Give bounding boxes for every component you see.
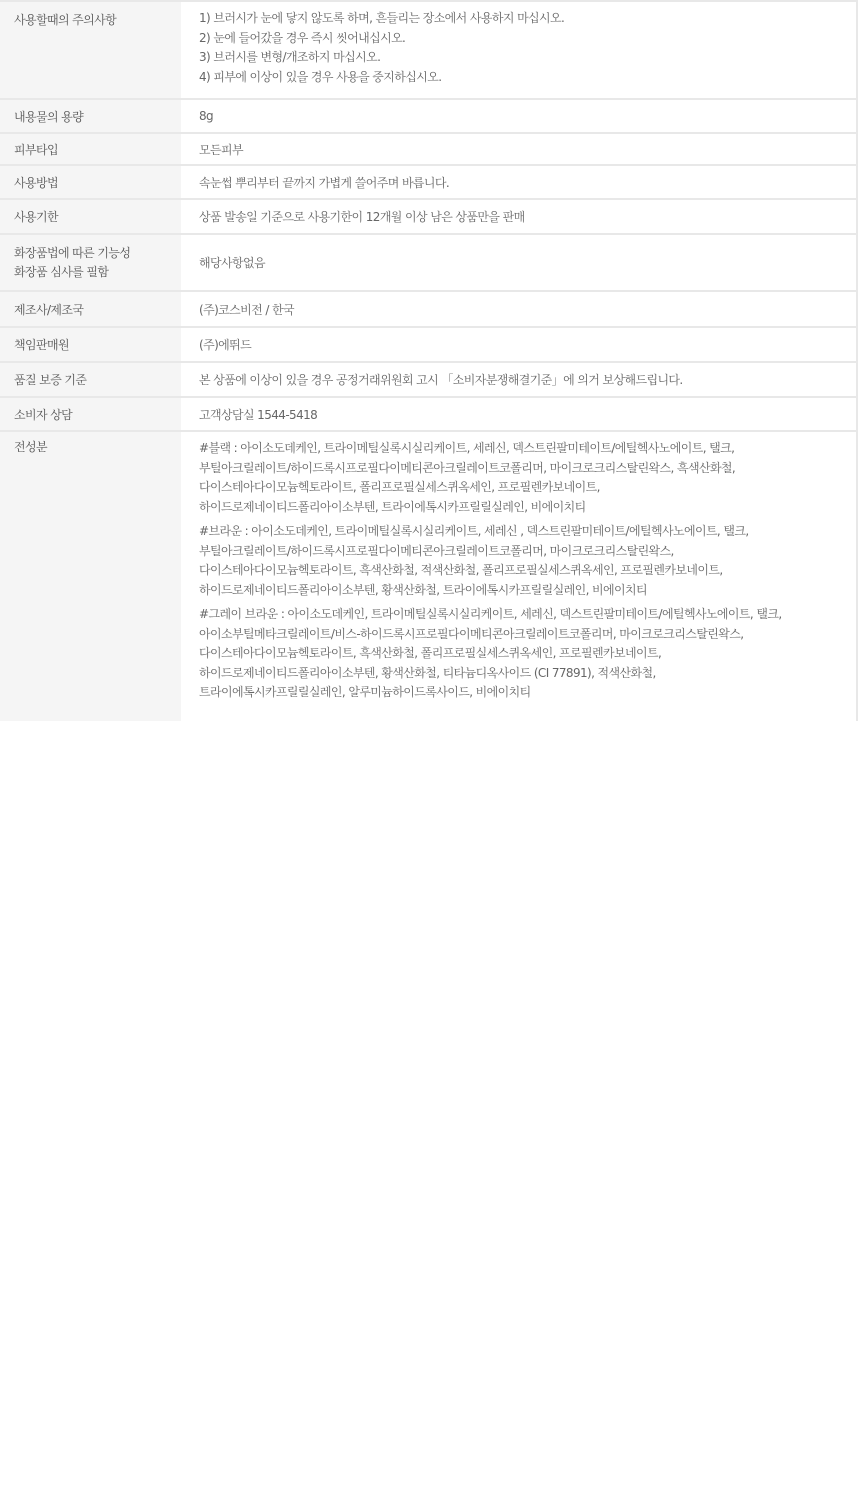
row-ingredients: 전성분 #블랙 : 아이소도데케인, 트라이메틸실록시실리케이트, 세레신, 덱… [0,432,856,721]
row-label: 소비자 상담 [0,398,181,430]
row-label: 책임판매원 [0,328,181,361]
row-label: 품질 보증 기준 [0,363,181,396]
label-manufacturer: 제조사/제조국 [14,301,83,318]
row-precautions: 사용할때의 주의사항 1) 브러시가 눈에 닿지 않도록 하며, 흔들리는 장소… [0,2,856,100]
precaution-line: 2) 눈에 들어갔을 경우 즉시 씻어내십시오. [199,29,564,49]
row-volume: 내용물의 용량 8g [0,100,856,134]
label-precautions: 사용할때의 주의사항 [14,11,116,28]
ingredient-line: 다이스테아다이모늄헥토라이트, 폴리프로필실세스퀴옥세인, 프로필렌카보네이트, [199,478,782,498]
value-customer-service: 고객상담실 1544-5418 [199,406,317,423]
label-expiry: 사용기한 [14,208,58,225]
row-label: 사용기한 [0,200,181,233]
row-responsible-seller: 책임판매원 (주)에뛰드 [0,328,856,363]
row-label: 사용방법 [0,166,181,198]
row-quality-guarantee: 품질 보증 기준 본 상품에 이상이 있을 경우 공정거래위원회 고시 「소비자… [0,363,856,398]
ingredient-block-black: #블랙 : 아이소도데케인, 트라이메틸실록시실리케이트, 세레신, 덱스트린팔… [199,439,782,517]
label-line: 화장품법에 따른 기능성 [14,244,130,263]
row-value: #블랙 : 아이소도데케인, 트라이메틸실록시실리케이트, 세레신, 덱스트린팔… [181,432,856,721]
ingredient-line: 다이스테아다이모늄헥토라이트, 흑색산화철, 폴리프로필실세스퀴옥세인, 프로필… [199,644,782,664]
ingredient-line: 트라이에톡시카프릴릴실레인, 알루미늄하이드록사이드, 비에이치티 [199,683,782,703]
ingredient-line: 다이스테아다이모늄헥토라이트, 흑색산화철, 적색산화철, 폴리프로필실세스퀴옥… [199,561,782,581]
label-skin-type: 피부타입 [14,141,58,158]
ingredient-line: 부틸아크릴레이트/하이드록시프로필다이메티콘아크릴레이트코폴리머, 마이크로크리… [199,542,782,562]
label-usage: 사용방법 [14,174,58,191]
row-usage: 사용방법 속눈썹 뿌리부터 끝까지 가볍게 쓸어주며 바릅니다. [0,166,856,200]
precaution-line: 1) 브러시가 눈에 닿지 않도록 하며, 흔들리는 장소에서 사용하지 마십시… [199,9,564,29]
ingredient-line: 하이드로제네이티드폴리아이소부텐, 황색산화철, 트라이에톡시카프릴릴실레인, … [199,581,782,601]
row-label: 제조사/제조국 [0,292,181,326]
ingredient-line: 부틸아크릴레이트/하이드록시프로필다이메티콘아크릴레이트코폴리머, 마이크로크리… [199,459,782,479]
value-responsible-seller: (주)에뛰드 [199,336,251,353]
ingredient-line: #그레이 브라운 : 아이소도데케인, 트라이메틸실록시실리케이트, 세레신, … [199,605,782,625]
row-value: 본 상품에 이상이 있을 경우 공정거래위원회 고시 「소비자분쟁해결기준」에 … [181,363,856,396]
row-label: 사용할때의 주의사항 [0,2,181,98]
label-functional-cosmetics: 화장품법에 따른 기능성 화장품 심사를 필함 [14,244,130,282]
row-label: 피부타입 [0,134,181,164]
ingredient-line: 아이소부틸메타크릴레이트/비스-하이드록시프로필다이메티콘아크릴레이트코폴리머,… [199,625,782,645]
label-customer-service: 소비자 상담 [14,406,72,423]
row-value: 모든피부 [181,134,856,164]
row-customer-service: 소비자 상담 고객상담실 1544-5418 [0,398,856,432]
value-skin-type: 모든피부 [199,141,243,158]
row-value: 8g [181,100,856,132]
ingredient-line: #블랙 : 아이소도데케인, 트라이메틸실록시실리케이트, 세레신, 덱스트린팔… [199,439,782,459]
row-value: 속눈썹 뿌리부터 끝까지 가볍게 쓸어주며 바릅니다. [181,166,856,198]
ingredients-list: #블랙 : 아이소도데케인, 트라이메틸실록시실리케이트, 세레신, 덱스트린팔… [199,439,782,708]
value-expiry: 상품 발송일 기준으로 사용기한이 12개월 이상 남은 상품만을 판매 [199,208,525,225]
ingredient-line: 하이드로제네이티드폴리아이소부텐, 트라이에톡시카프릴릴실레인, 비에이치티 [199,498,782,518]
ingredient-block-gray-brown: #그레이 브라운 : 아이소도데케인, 트라이메틸실록시실리케이트, 세레신, … [199,605,782,703]
label-volume: 내용물의 용량 [14,108,83,125]
product-info-table: 사용할때의 주의사항 1) 브러시가 눈에 닿지 않도록 하며, 흔들리는 장소… [0,0,858,721]
label-line: 화장품 심사를 필함 [14,263,130,282]
value-manufacturer: (주)코스비전 / 한국 [199,301,294,318]
value-functional-cosmetics: 해당사항없음 [199,254,265,271]
row-value: 해당사항없음 [181,235,856,290]
row-functional-cosmetics: 화장품법에 따른 기능성 화장품 심사를 필함 해당사항없음 [0,235,856,292]
ingredient-line: 하이드로제네이티드폴리아이소부텐, 황색산화철, 티타늄디옥사이드 (CI 77… [199,664,782,684]
precaution-line: 3) 브러시를 변형/개조하지 마십시오. [199,48,564,68]
value-quality-guarantee: 본 상품에 이상이 있을 경우 공정거래위원회 고시 「소비자분쟁해결기준」에 … [199,371,683,388]
row-label: 전성분 [0,432,181,721]
ingredient-line: #브라운 : 아이소도데케인, 트라이메틸실록시실리케이트, 세레신 , 덱스트… [199,522,782,542]
value-volume: 8g [199,109,213,123]
row-skin-type: 피부타입 모든피부 [0,134,856,166]
row-value: 고객상담실 1544-5418 [181,398,856,430]
row-value: (주)에뛰드 [181,328,856,361]
row-manufacturer: 제조사/제조국 (주)코스비전 / 한국 [0,292,856,328]
label-quality-guarantee: 품질 보증 기준 [14,371,86,388]
label-responsible-seller: 책임판매원 [14,336,69,353]
row-value: 상품 발송일 기준으로 사용기한이 12개월 이상 남은 상품만을 판매 [181,200,856,233]
row-value: 1) 브러시가 눈에 닿지 않도록 하며, 흔들리는 장소에서 사용하지 마십시… [181,2,856,98]
row-value: (주)코스비전 / 한국 [181,292,856,326]
ingredient-block-brown: #브라운 : 아이소도데케인, 트라이메틸실록시실리케이트, 세레신 , 덱스트… [199,522,782,600]
label-ingredients: 전성분 [14,438,47,455]
row-expiry: 사용기한 상품 발송일 기준으로 사용기한이 12개월 이상 남은 상품만을 판… [0,200,856,235]
row-label: 화장품법에 따른 기능성 화장품 심사를 필함 [0,235,181,290]
precautions-list: 1) 브러시가 눈에 닿지 않도록 하며, 흔들리는 장소에서 사용하지 마십시… [199,9,564,87]
precaution-line: 4) 피부에 이상이 있을 경우 사용을 중지하십시오. [199,68,564,88]
value-usage: 속눈썹 뿌리부터 끝까지 가볍게 쓸어주며 바릅니다. [199,174,449,191]
row-label: 내용물의 용량 [0,100,181,132]
